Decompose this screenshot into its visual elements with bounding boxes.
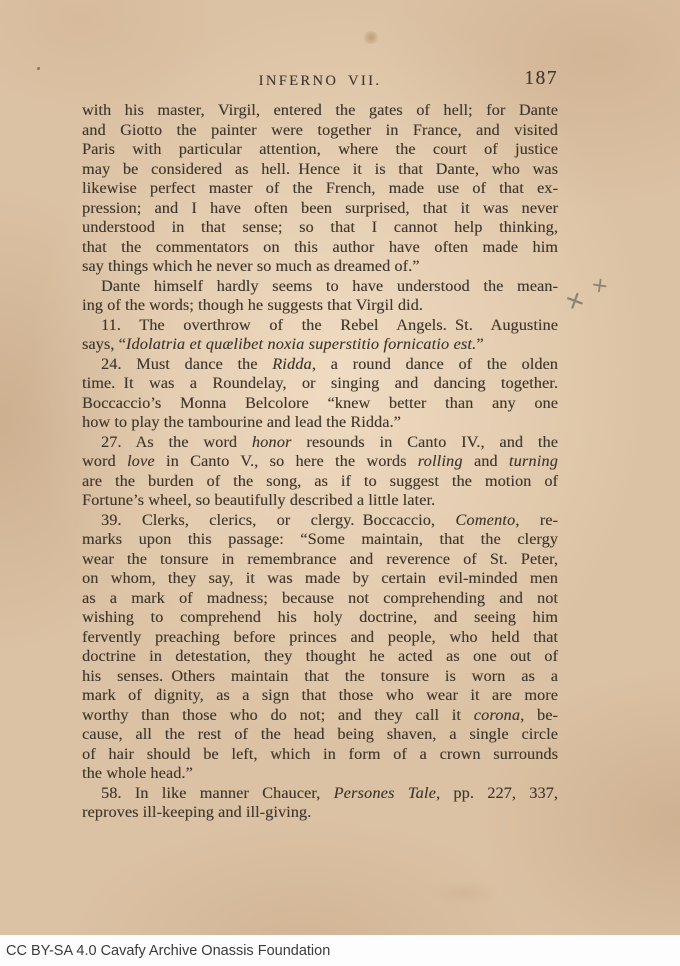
text-line: with his master, Virgil, entered the gat… bbox=[82, 101, 558, 121]
text-line: likewise perfect master of the French, m… bbox=[82, 179, 558, 199]
text-line: fervently preaching before princes and p… bbox=[82, 628, 558, 648]
text-line: says, “Idolatria et quælibet noxia super… bbox=[82, 335, 558, 355]
text-line: Paris with particular attention, where t… bbox=[82, 140, 558, 160]
text-line: worthy than those who do not; and they c… bbox=[82, 706, 558, 726]
text-line: that the commentators on this author hav… bbox=[82, 238, 558, 258]
paragraph: Dante himself hardly seems to have under… bbox=[82, 277, 558, 316]
paragraph: 24. Must dance the Ridda, a round dance … bbox=[82, 355, 558, 433]
text-line: and Giotto the painter were together in … bbox=[82, 121, 558, 141]
text-line: marks upon this passage: “Some maintain,… bbox=[82, 530, 558, 550]
text-line: 24. Must dance the Ridda, a round dance … bbox=[82, 355, 558, 375]
text-line: on whom, they say, it was made by certai… bbox=[82, 569, 558, 589]
body-text: with his master, Virgil, entered the gat… bbox=[82, 101, 558, 823]
text-line: mark of dignity, as a sign that those wh… bbox=[82, 686, 558, 706]
text-line: reproves ill-keeping and ill-giving. bbox=[82, 803, 558, 823]
scanned-book-page: INFERNO VII. 187 with his master, Virgil… bbox=[0, 0, 680, 966]
text-line: may be considered as hell. Hence it is t… bbox=[82, 160, 558, 180]
paper-scan: INFERNO VII. 187 with his master, Virgil… bbox=[0, 0, 680, 935]
text-line: how to play the tambourine and lead the … bbox=[82, 413, 558, 433]
text-line: time. It was a Roundelay, or singing and… bbox=[82, 374, 558, 394]
license-text: CC BY-SA 4.0 Cavafy Archive Onassis Foun… bbox=[0, 943, 330, 959]
text-line: understood in that sense; so that I cann… bbox=[82, 218, 558, 238]
text-line: Boccaccio’s Monna Belcolore “knew better… bbox=[82, 394, 558, 414]
pencil-cross-mark: + bbox=[589, 272, 610, 298]
text-line: 27. As the word honor resounds in Canto … bbox=[82, 433, 558, 453]
pencil-cross-mark: + bbox=[560, 283, 591, 319]
text-line: word love in Canto V., so here the words… bbox=[82, 452, 558, 472]
text-line: the whole head.” bbox=[82, 764, 558, 784]
text-line: are the burden of the song, as if to sug… bbox=[82, 472, 558, 492]
license-bar: CC BY-SA 4.0 Cavafy Archive Onassis Foun… bbox=[0, 935, 680, 966]
paper-stain-soft bbox=[430, 880, 500, 906]
text-line: as a mark of madness; because not compre… bbox=[82, 589, 558, 609]
text-line: 39. Clerks, clerics, or clergy. Boccacci… bbox=[82, 511, 558, 531]
text-line: wear the tonsure in remembrance and reve… bbox=[82, 550, 558, 570]
paragraph: 11. The overthrow of the Rebel Angels. S… bbox=[82, 316, 558, 355]
text-line: wishing to comprehend his holy doctrine,… bbox=[82, 608, 558, 628]
paper-stain bbox=[363, 31, 379, 44]
text-line: Dante himself hardly seems to have under… bbox=[82, 277, 558, 297]
page-number: 187 bbox=[458, 68, 558, 90]
text-line: 11. The overthrow of the Rebel Angels. S… bbox=[82, 316, 558, 336]
text-line: ing of the words; though he suggests tha… bbox=[82, 296, 558, 316]
paragraph: 27. As the word honor resounds in Canto … bbox=[82, 433, 558, 511]
text-line: say things which he never so much as dre… bbox=[82, 257, 558, 277]
paragraph: 58. In like manner Chaucer, Persones Tal… bbox=[82, 784, 558, 823]
text-line: 58. In like manner Chaucer, Persones Tal… bbox=[82, 784, 558, 804]
paragraph: 39. Clerks, clerics, or clergy. Boccacci… bbox=[82, 511, 558, 784]
text-line: doctrine in detestation, they thought he… bbox=[82, 647, 558, 667]
text-line: his senses. Others maintain that the ton… bbox=[82, 667, 558, 687]
text-line: Fortune’s wheel, so beautifully describe… bbox=[82, 491, 558, 511]
text-line: of hair should be left, which in form of… bbox=[82, 745, 558, 765]
paragraph: with his master, Virgil, entered the gat… bbox=[82, 101, 558, 277]
text-line: cause, all the rest of the head being sh… bbox=[82, 725, 558, 745]
text-line: pression; and I have often been surprise… bbox=[82, 199, 558, 219]
paper-speck bbox=[37, 67, 40, 70]
